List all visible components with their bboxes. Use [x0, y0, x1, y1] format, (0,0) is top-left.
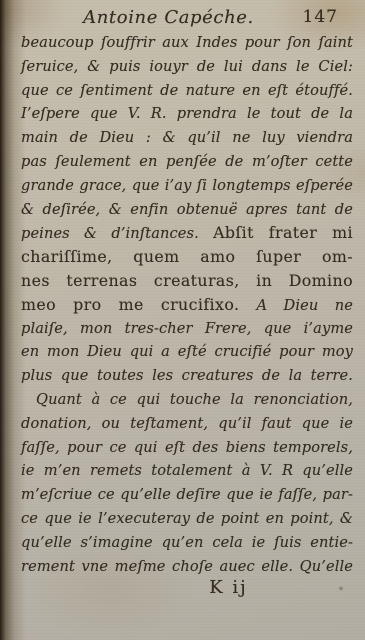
text-line: plaiſe, mon tres-cher Frere, que i’ayme	[21, 317, 353, 341]
text-line: faſſe, pour ce qui eſt des biens tempore…	[21, 436, 353, 460]
latin-text-segment: nes terrenas creaturas, in Domino	[21, 271, 353, 290]
french-text-segment: qu’elle s’imagine qu’en cela ie ſuis ent…	[21, 534, 353, 551]
french-text-segment: ie m’en remets totalement à V. R qu’elle	[21, 462, 353, 479]
text-line: que ce ſentiment de nature en eſt étouff…	[21, 79, 353, 103]
french-text-segment: beaucoup ſouffrir aux Indes pour ſon ſai…	[21, 34, 353, 51]
text-line: ce que ie l’executeray de point en point…	[21, 507, 353, 531]
french-text-segment: plaiſe, mon tres-cher Frere, que i’ayme	[21, 320, 353, 337]
text-line: rement vne meſme choſe auec elle. Qu’ell…	[21, 555, 353, 579]
text-line: main de Dieu : & qu’il ne luy viendra	[21, 126, 353, 150]
text-line: pas ſeulement en penſée de m’oſter cette	[21, 150, 353, 174]
text-line: ie m’en remets totalement à V. R qu’elle	[21, 459, 353, 483]
french-text-segment: I’eſpere que V. R. prendra le tout de la	[21, 105, 353, 122]
french-text-segment: m’eſcriue ce qu’elle deſire que ie faſſe…	[21, 486, 353, 503]
page-number: 147	[303, 7, 338, 27]
french-text-segment: que ce ſentiment de nature en eſt étouff…	[21, 82, 353, 99]
text-line: grande grace, que i’ay ſi longtemps eſpe…	[21, 174, 353, 198]
french-text-segment: grande grace, que i’ay ſi longtemps eſpe…	[21, 177, 353, 194]
french-text-segment: pas ſeulement en penſée de m’oſter cette	[21, 153, 353, 170]
running-title: Antoine Capéche.	[83, 7, 254, 28]
french-text-segment: plus que toutes les creatures de la terr…	[21, 367, 353, 384]
french-text-segment: & deſirée, & enfin obtenuë apres tant de	[21, 201, 353, 218]
text-line: Quant à ce qui touche la renonciation,	[21, 388, 353, 412]
text-block: beaucoup ſouffrir aux Indes pour ſon ſai…	[21, 31, 353, 578]
text-line: ſeruice, & puis iouyr de lui dans le Cie…	[21, 55, 353, 79]
text-line: peines & d’inſtances. Abſit frater mi	[21, 221, 353, 245]
french-text-segment: faſſe, pour ce qui eſt des biens tempore…	[21, 439, 353, 456]
text-line: & deſirée, & enfin obtenuë apres tant de	[21, 198, 353, 222]
text-line: I’eſpere que V. R. prendra le tout de la	[21, 102, 353, 126]
text-line: donation, ou teſtament, qu’il faut que i…	[21, 412, 353, 436]
text-line: qu’elle s’imagine qu’en cela ie ſuis ent…	[21, 531, 353, 555]
text-line: chariſſime, quem amo ſuper om-	[21, 245, 353, 269]
text-line: beaucoup ſouffrir aux Indes pour ſon ſai…	[21, 31, 353, 55]
french-text-segment: rement vne meſme choſe auec elle. Qu’ell…	[21, 558, 353, 575]
latin-text-segment: Abſit frater mi	[213, 223, 353, 242]
french-text-segment: main de Dieu : & qu’il ne luy viendra	[21, 129, 353, 146]
page-header: Antoine Capéche. 147	[0, 0, 365, 31]
text-line: nes terrenas creaturas, in Domino	[21, 269, 353, 293]
latin-text-segment: meo pro me crucifixo.	[21, 295, 256, 314]
text-line: meo pro me crucifixo. A Dieu ne	[21, 293, 353, 317]
latin-text-segment: chariſſime, quem amo ſuper om-	[21, 247, 353, 266]
book-page: Antoine Capéche. 147 beaucoup ſouffrir a…	[0, 0, 365, 640]
french-text-segment: Quant à ce qui touche la renonciation,	[36, 391, 353, 408]
text-line: plus que toutes les creatures de la terr…	[21, 364, 353, 388]
french-text-segment: ce que ie l’executeray de point en point…	[21, 510, 353, 527]
french-text-segment: donation, ou teſtament, qu’il faut que i…	[21, 415, 353, 432]
french-text-segment: en mon Dieu qui a eſté crucifié pour moy	[21, 343, 353, 360]
signature-mark: K ij	[46, 577, 365, 598]
text-line: m’eſcriue ce qu’elle deſire que ie faſſe…	[21, 483, 353, 507]
french-text-segment: peines & d’inſtances.	[21, 225, 213, 242]
french-text-segment: A Dieu ne	[256, 297, 353, 314]
text-line: en mon Dieu qui a eſté crucifié pour moy	[21, 340, 353, 364]
french-text-segment: ſeruice, & puis iouyr de lui dans le Cie…	[21, 58, 353, 75]
